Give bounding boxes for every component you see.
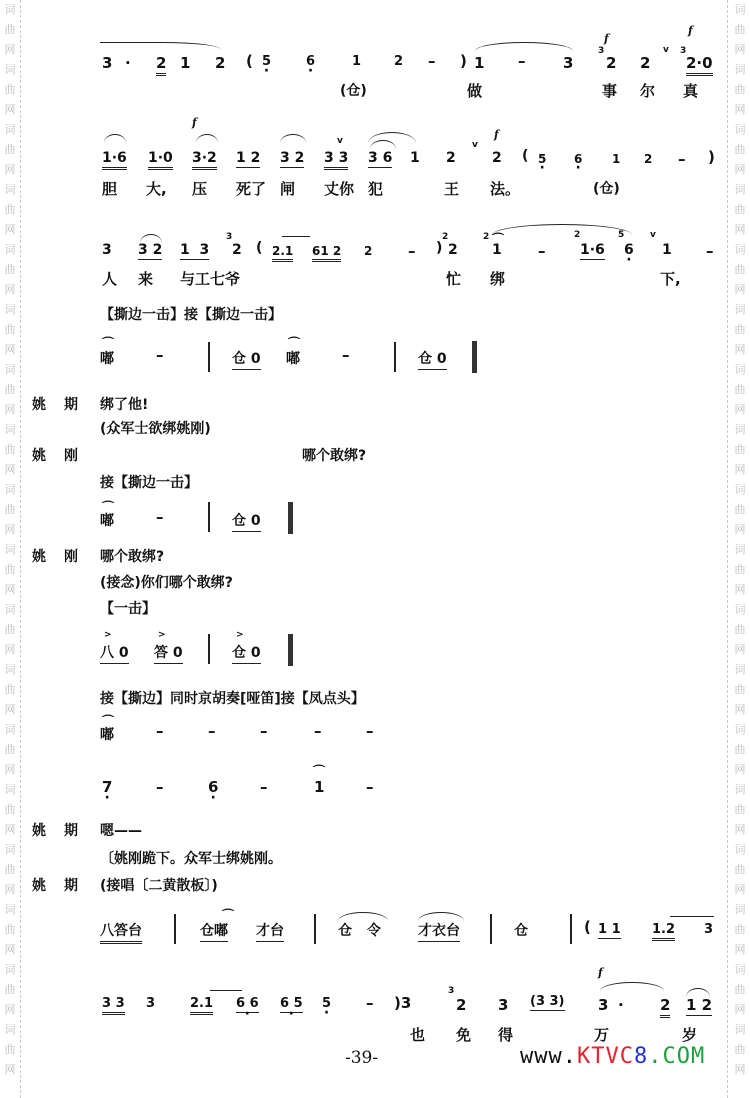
watermark-char: 网 xyxy=(2,160,18,180)
watermark-char: 网 xyxy=(2,400,18,420)
watermark-char: 曲 xyxy=(732,620,748,640)
note: 6 xyxy=(306,54,315,69)
watermark-char: 曲 xyxy=(2,500,18,520)
dash: – xyxy=(260,722,268,740)
lyric: 法。 xyxy=(490,178,520,199)
watermark-char: 曲 xyxy=(2,860,18,880)
watermark-char: 词 xyxy=(732,240,748,260)
watermark-char: 曲 xyxy=(732,500,748,520)
percussion-cue: 【撕边一击】接【撕边一击】 xyxy=(100,304,282,324)
watermark-char: 词 xyxy=(732,360,748,380)
lyric: 犯 xyxy=(368,178,383,199)
watermark-char: 词 xyxy=(732,120,748,140)
perc-syllable: 答 0 xyxy=(154,642,183,664)
lyric: 万 xyxy=(594,1024,609,1045)
note: 1·6 xyxy=(580,242,605,260)
slur xyxy=(600,982,664,991)
note: 1 1 xyxy=(598,922,621,939)
note: 5 xyxy=(322,996,331,1011)
watermark-char: 曲 xyxy=(732,560,748,580)
speaker-name: 姚期 xyxy=(32,875,96,895)
perc-syllable: 仓 0 xyxy=(232,348,261,370)
watermark-char: 网 xyxy=(2,100,18,120)
note: 2 xyxy=(448,242,458,258)
note: 2 xyxy=(660,996,670,1018)
slur xyxy=(104,134,126,143)
note: 1 2 xyxy=(686,996,712,1016)
watermark-char: 词 xyxy=(2,660,18,680)
end-barline xyxy=(288,502,293,534)
barline xyxy=(174,914,176,944)
note: 1 xyxy=(180,54,190,72)
lyric: 岁 xyxy=(682,1024,697,1045)
slur xyxy=(280,134,306,143)
watermark-char: 网 xyxy=(732,40,748,60)
watermark-char: 网 xyxy=(2,460,18,480)
grace-note: 5 xyxy=(618,230,624,240)
watermark-char: 网 xyxy=(732,700,748,720)
note: 1 xyxy=(492,242,502,258)
arrow-line xyxy=(210,990,242,991)
watermark-char: 曲 xyxy=(732,800,748,820)
watermark-char: 词 xyxy=(2,1020,18,1040)
watermark-char: 曲 xyxy=(732,140,748,160)
note: 1·0 xyxy=(148,150,173,170)
watermark-char: 网 xyxy=(2,700,18,720)
note: )3 xyxy=(394,994,411,1012)
note: 2 xyxy=(644,152,652,166)
note: 3·2 xyxy=(192,150,217,170)
arrow-line xyxy=(282,236,310,237)
note-dot: · xyxy=(125,54,131,72)
accent-mark: > xyxy=(236,630,244,640)
lyric: 也 xyxy=(410,1024,425,1045)
accent-mark: > xyxy=(158,630,166,640)
note: 3 3 xyxy=(324,150,348,170)
watermark-char: 曲 xyxy=(2,200,18,220)
grace-note: 3 xyxy=(448,986,454,996)
lyric: 与工七爷 xyxy=(180,268,240,289)
stage-direction: (众军士欲绑姚刚) xyxy=(100,418,211,438)
note: 6 5 xyxy=(280,996,303,1013)
watermark-char: 曲 xyxy=(2,20,18,40)
lyric: 绑 xyxy=(490,268,505,289)
dash: – xyxy=(408,242,416,260)
dialog-line: 绑了他! xyxy=(100,394,148,414)
watermark-char: 网 xyxy=(2,340,18,360)
watermark-char: 网 xyxy=(2,760,18,780)
grace-note: 2 xyxy=(483,232,489,242)
note: 2 xyxy=(232,242,242,258)
barline xyxy=(314,914,316,944)
perc-syllable: 嘟 xyxy=(100,348,114,368)
watermark-char: 词 xyxy=(732,0,748,20)
watermark-char: 词 xyxy=(2,480,18,500)
lyric: 王 xyxy=(444,178,459,199)
watermark-char: 曲 xyxy=(2,560,18,580)
dash: – xyxy=(366,994,374,1012)
note: 1 xyxy=(474,54,484,72)
slur xyxy=(492,224,632,235)
note: 1 xyxy=(410,150,420,166)
dash: – xyxy=(314,722,322,740)
paren: ( xyxy=(584,918,591,936)
perc-syllable: 仓 令 xyxy=(338,920,381,940)
lyric: 尔 xyxy=(640,80,655,101)
watermark-char: 词 xyxy=(2,540,18,560)
lyric: 忙 xyxy=(446,268,461,289)
watermark-char: 网 xyxy=(2,880,18,900)
watermark-char: 网 xyxy=(732,640,748,660)
watermark-char: 词 xyxy=(732,600,748,620)
stage-direction: (接念)你们哪个敢绑? xyxy=(100,572,233,592)
speaker-name: 姚期 xyxy=(32,394,96,414)
watermark-char: 曲 xyxy=(2,680,18,700)
note: 2 xyxy=(456,996,466,1014)
right-margin: 词曲网词曲网词曲网词曲网词曲网词曲网词曲网词曲网词曲网词曲网词曲网词曲网词曲网词… xyxy=(727,0,750,1098)
page-number: -39- xyxy=(345,1048,378,1068)
watermark-char: 曲 xyxy=(732,680,748,700)
watermark-char: 网 xyxy=(732,520,748,540)
lyric: 做 xyxy=(467,80,482,101)
watermark-char: 网 xyxy=(2,520,18,540)
watermark-char: 词 xyxy=(732,180,748,200)
perc-syllable: 才衣台 xyxy=(418,920,460,942)
note: 2 xyxy=(156,54,166,76)
lyric: (仓) xyxy=(593,178,620,198)
note: 6 xyxy=(208,778,218,796)
watermark-char: 曲 xyxy=(2,440,18,460)
dash: – xyxy=(518,52,526,70)
watermark-char: 网 xyxy=(2,1060,18,1080)
note: 6 6 xyxy=(236,996,259,1013)
note: 2 xyxy=(640,54,650,72)
watermark-char: 词 xyxy=(732,300,748,320)
note: 1 xyxy=(612,152,620,166)
perc-syllable: 仓 0 xyxy=(418,348,447,370)
watermark-char: 网 xyxy=(732,760,748,780)
lyric: 闸 xyxy=(280,178,295,199)
watermark-char: 词 xyxy=(732,660,748,680)
watermark-char: 词 xyxy=(2,180,18,200)
watermark-char: 网 xyxy=(732,160,748,180)
lyric: 丈你 xyxy=(324,178,354,199)
note: 5 xyxy=(538,152,546,166)
watermark-char: 词 xyxy=(2,420,18,440)
watermark-char: 曲 xyxy=(732,740,748,760)
breath-mark: v xyxy=(650,230,656,240)
watermark-char: 曲 xyxy=(732,20,748,40)
dash: – xyxy=(156,508,164,526)
dash: – xyxy=(678,150,686,168)
percussion-cue: 接【撕边一击】 xyxy=(100,472,198,492)
dialog-line: 嗯—— xyxy=(100,820,142,840)
dynamic-f: f xyxy=(598,966,603,979)
note: 2 xyxy=(446,150,456,166)
watermark-char: 曲 xyxy=(732,860,748,880)
dash: – xyxy=(156,346,164,364)
watermark-char: 词 xyxy=(732,1020,748,1040)
site-part: www. xyxy=(520,1044,577,1069)
watermark-char: 网 xyxy=(2,280,18,300)
watermark-char: 词 xyxy=(732,900,748,920)
slur xyxy=(196,134,218,143)
percussion-cue: 【一击】 xyxy=(100,598,156,618)
left-margin: 词曲网词曲网词曲网词曲网词曲网词曲网词曲网词曲网词曲网词曲网词曲网词曲网词曲网词… xyxy=(0,0,21,1098)
watermark-char: 词 xyxy=(2,840,18,860)
dash: – xyxy=(260,778,268,796)
grace-note: 3 xyxy=(598,46,604,56)
perc-syllable: 仓 xyxy=(514,920,528,940)
barline xyxy=(490,914,492,944)
watermark-char: 曲 xyxy=(2,620,18,640)
lyric: 得 xyxy=(498,1024,513,1045)
note: 1.2 xyxy=(652,922,675,941)
watermark-char: 词 xyxy=(2,60,18,80)
dynamic-f: f xyxy=(604,32,609,45)
watermark-char: 网 xyxy=(2,220,18,240)
stage-direction: 〔姚刚跪下。众军士绑姚刚。 xyxy=(100,848,282,868)
note: 1·6 xyxy=(102,150,127,170)
watermark-char: 词 xyxy=(732,480,748,500)
watermark-char: 词 xyxy=(732,960,748,980)
lyric: 下, xyxy=(660,268,681,289)
watermark-char: 曲 xyxy=(2,140,18,160)
note: 3 2 xyxy=(280,150,304,168)
note: 2.1 xyxy=(272,244,293,262)
paren: ( xyxy=(246,52,253,70)
watermark-char: 网 xyxy=(732,820,748,840)
lyric: 胆 xyxy=(102,178,117,199)
end-barline xyxy=(288,634,293,666)
watermark-char: 词 xyxy=(732,720,748,740)
watermark-char: 曲 xyxy=(732,1040,748,1060)
watermark-char: 曲 xyxy=(2,1040,18,1060)
lyric: 免 xyxy=(456,1024,471,1045)
percussion-cue: 接【撕边】同时京胡奏[哑笛]接【凤点头】 xyxy=(100,688,365,708)
perc-syllable: 仓嘟 xyxy=(200,920,228,942)
watermark-char: 曲 xyxy=(732,80,748,100)
note: 2 xyxy=(364,244,372,258)
perc-syllable: 嘟 xyxy=(286,348,300,368)
watermark-char: 网 xyxy=(732,400,748,420)
dash: – xyxy=(208,722,216,740)
watermark-char: 词 xyxy=(2,600,18,620)
barline xyxy=(208,342,210,372)
perc-syllable: 仓 0 xyxy=(232,642,261,664)
fermata: ⌒ xyxy=(313,762,325,779)
note: 61 2 xyxy=(312,244,341,262)
note: 3 3 xyxy=(102,996,125,1015)
barline xyxy=(208,502,210,532)
note: 3 xyxy=(102,54,112,72)
note: 3 xyxy=(598,996,608,1014)
watermark-char: 曲 xyxy=(2,740,18,760)
watermark-char: 曲 xyxy=(2,920,18,940)
note: 2 xyxy=(492,150,502,166)
speaker-name: 姚期 xyxy=(32,820,96,840)
lyric: 来 xyxy=(138,268,153,289)
breath-mark: v xyxy=(663,45,669,55)
grace-note: 2 xyxy=(442,232,448,242)
note: 1 3 xyxy=(180,242,209,260)
site-part: 8 xyxy=(634,1044,648,1069)
watermark-char: 网 xyxy=(732,580,748,600)
perc-syllable: 嘟 xyxy=(100,510,114,530)
note: 3 xyxy=(704,922,713,937)
watermark-char: 词 xyxy=(2,780,18,800)
note: 3 6 xyxy=(368,150,392,168)
note: 3 xyxy=(498,996,508,1014)
dash: – xyxy=(428,52,436,70)
watermark-char: 曲 xyxy=(2,980,18,1000)
dialog-line: 哪个敢绑? xyxy=(100,546,164,566)
paren: ) xyxy=(708,148,715,166)
watermark-char: 曲 xyxy=(2,320,18,340)
site-watermark: www.KTVC8.COM xyxy=(520,1044,705,1069)
watermark-char: 网 xyxy=(732,100,748,120)
watermark-char: 词 xyxy=(732,840,748,860)
breath-mark: v xyxy=(472,140,478,150)
watermark-char: 网 xyxy=(732,220,748,240)
dynamic-f: f xyxy=(494,128,499,141)
perc-syllable: 才台 xyxy=(256,920,284,942)
watermark-char: 网 xyxy=(732,280,748,300)
speaker-name: 姚刚 xyxy=(32,546,96,566)
watermark-char: 曲 xyxy=(2,800,18,820)
lyric: (仓) xyxy=(340,80,367,100)
note: 6 xyxy=(574,152,582,166)
arrow-line xyxy=(670,916,714,917)
watermark-char: 网 xyxy=(732,460,748,480)
paren: ) xyxy=(460,52,467,70)
note: 3 xyxy=(102,242,112,258)
lyric: 死了 xyxy=(236,178,266,199)
watermark-char: 网 xyxy=(2,940,18,960)
note: 3 2 xyxy=(138,242,162,260)
dash: – xyxy=(156,778,164,796)
watermark-char: 网 xyxy=(2,40,18,60)
lyric: 压 xyxy=(192,178,207,199)
watermark-char: 词 xyxy=(2,720,18,740)
note: 1 2 xyxy=(236,150,260,168)
paren: ( xyxy=(522,148,528,164)
lyric: 大, xyxy=(146,178,167,199)
barline xyxy=(208,634,210,664)
note-dot: · xyxy=(618,996,624,1014)
watermark-char: 网 xyxy=(732,940,748,960)
watermark-char: 网 xyxy=(732,340,748,360)
note: 2.1 xyxy=(190,996,213,1015)
note: 7 xyxy=(102,778,112,796)
watermark-char: 曲 xyxy=(732,380,748,400)
watermark-char: 曲 xyxy=(732,980,748,1000)
note: 5 xyxy=(262,54,271,69)
dialog-line: 哪个敢绑? xyxy=(302,445,366,465)
dash: – xyxy=(538,242,546,260)
watermark-char: 曲 xyxy=(732,320,748,340)
watermark-char: 词 xyxy=(2,0,18,20)
note: 1 xyxy=(352,54,361,69)
watermark-char: 曲 xyxy=(732,920,748,940)
lyric: 事 xyxy=(602,80,617,101)
site-part: KTVC xyxy=(577,1044,634,1069)
watermark-char: 曲 xyxy=(732,260,748,280)
lyric: 真 xyxy=(683,80,698,101)
watermark-char: 曲 xyxy=(732,440,748,460)
dynamic-f: f xyxy=(688,24,693,37)
watermark-char: 曲 xyxy=(732,200,748,220)
lyric: 人 xyxy=(102,268,117,289)
watermark-char: 网 xyxy=(732,1060,748,1080)
grace-note: 2 xyxy=(574,230,580,240)
note: 2 xyxy=(606,54,616,72)
watermark-char: 词 xyxy=(732,60,748,80)
watermark-char: 曲 xyxy=(2,260,18,280)
watermark-char: 网 xyxy=(2,1000,18,1020)
note: 2 xyxy=(394,54,403,69)
note: 3 xyxy=(563,54,573,72)
dash: – xyxy=(366,722,374,740)
watermark-char: 词 xyxy=(2,360,18,380)
watermark-char: 词 xyxy=(732,420,748,440)
watermark-char: 词 xyxy=(2,900,18,920)
dash: – xyxy=(706,242,714,260)
note: 2·0 xyxy=(686,54,713,76)
note: 1 xyxy=(662,242,672,258)
watermark-char: 网 xyxy=(2,820,18,840)
note: 2 xyxy=(215,54,225,72)
breath-mark: v xyxy=(337,136,343,146)
watermark-char: 曲 xyxy=(2,380,18,400)
speaker-name: 姚刚 xyxy=(32,445,96,465)
stage-direction: (接唱〔二黄散板〕) xyxy=(100,875,218,895)
note: 3 xyxy=(146,996,155,1011)
watermark-char: 词 xyxy=(2,120,18,140)
perc-syllable: 八 0 xyxy=(100,642,129,664)
barline xyxy=(394,342,396,372)
watermark-char: 网 xyxy=(732,880,748,900)
watermark-char: 曲 xyxy=(2,80,18,100)
watermark-char: 词 xyxy=(2,240,18,260)
site-part: .COM xyxy=(648,1044,705,1069)
dash: – xyxy=(366,778,374,796)
end-barline xyxy=(472,341,477,373)
watermark-char: 网 xyxy=(732,1000,748,1020)
barline xyxy=(570,914,572,944)
watermark-char: 网 xyxy=(2,580,18,600)
grace-note: 3 xyxy=(226,232,232,242)
slur xyxy=(475,42,573,51)
paren: ) xyxy=(436,240,442,256)
perc-syllable: 仓 0 xyxy=(232,510,261,532)
accent-mark: > xyxy=(104,630,112,640)
paren: ( xyxy=(256,240,262,256)
slur xyxy=(100,42,220,49)
perc-syllable: 嘟 xyxy=(100,724,114,744)
note: (3 3) xyxy=(530,994,565,1011)
dash: – xyxy=(156,722,164,740)
note: 1 xyxy=(314,778,324,796)
perc-syllable: 八答台 xyxy=(100,920,142,944)
dash: – xyxy=(342,346,350,364)
watermark-char: 词 xyxy=(732,780,748,800)
watermark-char: 词 xyxy=(732,540,748,560)
watermark-char: 词 xyxy=(2,960,18,980)
watermark-char: 网 xyxy=(2,640,18,660)
note: 6 xyxy=(624,242,634,258)
watermark-char: 词 xyxy=(2,300,18,320)
